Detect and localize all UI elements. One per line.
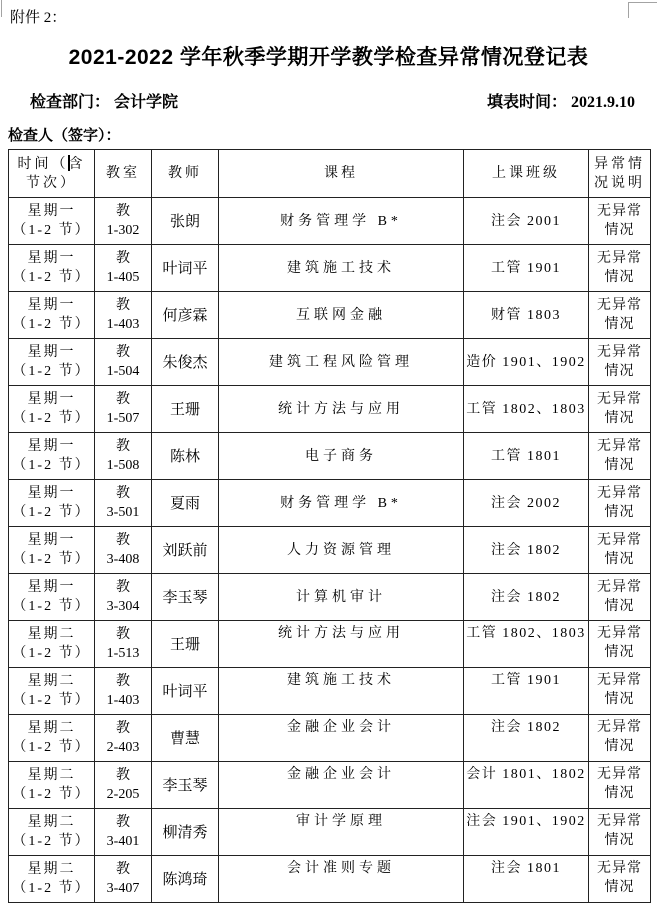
cell-time: 星期一 （1-2 节） [9,386,95,433]
cell-class: 注会 1802 [464,527,589,574]
cell-course: 金融企业会计 [219,715,464,762]
cell-time: 星期一 （1-2 节） [9,574,95,621]
table-row: 星期一 （1-2 节） 教 1-507 王珊 统计方法与应用 工管 1802、1… [9,386,651,433]
cell-status: 无异常 情况 [589,433,651,480]
dept-value: 会计学院 [114,94,178,111]
cell-teacher: 陈鸿琦 [152,856,219,903]
cell-course: 统计方法与应用 [219,621,464,668]
cell-teacher: 曹慧 [152,715,219,762]
crop-mark-top-right-v [628,2,629,18]
header-course: 课程 [219,150,464,198]
cell-room: 教 1-302 [95,198,152,245]
table-row: 星期一 （1-2 节） 教 1-403 何彦霖 互联网金融 财管 1803 无异… [9,292,651,339]
cell-room: 教 1-403 [95,668,152,715]
cell-course: 财务管理学 B* [219,198,464,245]
cell-course: 财务管理学 B* [219,480,464,527]
crop-mark-top-right-h [628,2,657,3]
fill-time-label: 填表时间： [487,94,567,111]
cell-time: 星期二 （1-2 节） [9,856,95,903]
cell-teacher: 夏雨 [152,480,219,527]
cell-course: 互联网金融 [219,292,464,339]
cell-time: 星期一 （1-2 节） [9,198,95,245]
table-row: 星期一 （1-2 节） 教 1-302 张朗 财务管理学 B* 注会 2001 … [9,198,651,245]
cell-course: 人力资源管理 [219,527,464,574]
table-header-row: 时间（含 节次） 教室 教师 课程 上课班级 异常情 况说明 [9,150,651,198]
cell-time: 星期二 （1-2 节） [9,715,95,762]
cell-teacher: 张朗 [152,198,219,245]
fill-time-value: 2021.9.10 [571,94,635,111]
cell-teacher: 叶词平 [152,245,219,292]
cell-room: 教 3-407 [95,856,152,903]
cell-room: 教 2-403 [95,715,152,762]
header-class: 上课班级 [464,150,589,198]
cell-course: 计算机审计 [219,574,464,621]
cell-status: 无异常 情况 [589,621,651,668]
cell-status: 无异常 情况 [589,198,651,245]
cell-time: 星期一 （1-2 节） [9,292,95,339]
cell-time: 星期二 （1-2 节） [9,668,95,715]
cell-class: 工管 1901 [464,245,589,292]
cell-class: 造价 1901、1902 [464,339,589,386]
cell-room: 教 1-507 [95,386,152,433]
cell-time: 星期一 （1-2 节） [9,245,95,292]
cell-teacher: 王珊 [152,621,219,668]
cell-course: 统计方法与应用 [219,386,464,433]
cell-teacher: 刘跃前 [152,527,219,574]
cell-teacher: 柳清秀 [152,809,219,856]
cell-course: 建筑施工技术 [219,668,464,715]
cell-time: 星期一 （1-2 节） [9,339,95,386]
cell-time: 星期二 （1-2 节） [9,762,95,809]
cell-status: 无异常 情况 [589,339,651,386]
dept-time-row: 检查部门： 会计学院 填表时间： 2021.9.10 [0,92,657,114]
cell-teacher: 王珊 [152,386,219,433]
table-row: 星期二 （1-2 节） 教 3-401 柳清秀 审计学原理 注会 1901、19… [9,809,651,856]
table-row: 星期一 （1-2 节） 教 1-504 朱俊杰 建筑工程风险管理 造价 1901… [9,339,651,386]
cell-room: 教 1-513 [95,621,152,668]
cell-status: 无异常 情况 [589,245,651,292]
table-row: 星期一 （1-2 节） 教 3-501 夏雨 财务管理学 B* 注会 2002 … [9,480,651,527]
cell-time: 星期二 （1-2 节） [9,621,95,668]
table-row: 星期二 （1-2 节） 教 3-407 陈鸿琦 会计准则专题 注会 1801 无… [9,856,651,903]
cell-class: 注会 1801 [464,856,589,903]
cell-room: 教 3-408 [95,527,152,574]
table-row: 星期一 （1-2 节） 教 1-405 叶词平 建筑施工技术 工管 1901 无… [9,245,651,292]
cell-class: 工管 1901 [464,668,589,715]
cell-teacher: 朱俊杰 [152,339,219,386]
table-row: 星期二 （1-2 节） 教 2-403 曹慧 金融企业会计 注会 1802 无异… [9,715,651,762]
cell-teacher: 李玉琴 [152,762,219,809]
cell-time: 星期二 （1-2 节） [9,809,95,856]
cell-time: 星期一 （1-2 节） [9,527,95,574]
header-teacher: 教师 [152,150,219,198]
cell-class: 注会 2001 [464,198,589,245]
cell-room: 教 3-304 [95,574,152,621]
cell-room: 教 3-401 [95,809,152,856]
cell-course: 建筑施工技术 [219,245,464,292]
table-row: 星期二 （1-2 节） 教 1-403 叶词平 建筑施工技术 工管 1901 无… [9,668,651,715]
cell-room: 教 3-501 [95,480,152,527]
header-status: 异常情 况说明 [589,150,651,198]
cell-status: 无异常 情况 [589,574,651,621]
cell-class: 工管 1801 [464,433,589,480]
cell-room: 教 2-205 [95,762,152,809]
table-row: 星期一 （1-2 节） 教 1-508 陈林 电子商务 工管 1801 无异常 … [9,433,651,480]
fill-time-field: 填表时间： 2021.9.10 [487,92,635,114]
cell-status: 无异常 情况 [589,480,651,527]
cell-room: 教 1-403 [95,292,152,339]
cell-class: 工管 1802、1803 [464,386,589,433]
cell-class: 注会 1901、1902 [464,809,589,856]
cell-teacher: 叶词平 [152,668,219,715]
table-body: 星期一 （1-2 节） 教 1-302 张朗 财务管理学 B* 注会 2001 … [9,198,651,903]
cell-status: 无异常 情况 [589,762,651,809]
cell-status: 无异常 情况 [589,715,651,762]
cell-teacher: 何彦霖 [152,292,219,339]
cell-course: 电子商务 [219,433,464,480]
cell-status: 无异常 情况 [589,386,651,433]
dept-field: 检查部门： 会计学院 [30,92,178,114]
cell-class: 工管 1802、1803 [464,621,589,668]
cell-time: 星期一 （1-2 节） [9,480,95,527]
cell-time: 星期一 （1-2 节） [9,433,95,480]
schedule-table: 时间（含 节次） 教室 教师 课程 上课班级 异常情 况说明 星期一 （1-2 … [8,149,651,903]
cell-class: 注会 1802 [464,715,589,762]
table-row: 星期二 （1-2 节） 教 1-513 王珊 统计方法与应用 工管 1802、1… [9,621,651,668]
cell-course: 建筑工程风险管理 [219,339,464,386]
cell-class: 会计 1801、1802 [464,762,589,809]
page-title: 2021-2022 学年秋季学期开学教学检查异常情况登记表 [0,44,657,72]
attachment-label: 附件 2： [0,0,657,28]
crop-mark-top-left [1,0,2,17]
header-time: 时间（含 节次） [9,150,95,198]
cell-status: 无异常 情况 [589,809,651,856]
cell-room: 教 1-504 [95,339,152,386]
table-row: 星期一 （1-2 节） 教 3-408 刘跃前 人力资源管理 注会 1802 无… [9,527,651,574]
cell-teacher: 李玉琴 [152,574,219,621]
cell-status: 无异常 情况 [589,527,651,574]
inspector-label: 检查人（签字）： [8,126,657,146]
header-time-line2: 节次） [9,174,94,193]
header-time-line1: 时间（含 [9,155,94,174]
cell-status: 无异常 情况 [589,856,651,903]
cell-room: 教 1-405 [95,245,152,292]
document-page: 附件 2： 2021-2022 学年秋季学期开学教学检查异常情况登记表 检查部门… [0,0,657,912]
cell-teacher: 陈林 [152,433,219,480]
cell-class: 注会 1802 [464,574,589,621]
cell-course: 会计准则专题 [219,856,464,903]
header-room: 教室 [95,150,152,198]
cell-class: 注会 2002 [464,480,589,527]
table-row: 星期一 （1-2 节） 教 3-304 李玉琴 计算机审计 注会 1802 无异… [9,574,651,621]
cell-course: 审计学原理 [219,809,464,856]
cell-status: 无异常 情况 [589,292,651,339]
table-row: 星期二 （1-2 节） 教 2-205 李玉琴 金融企业会计 会计 1801、1… [9,762,651,809]
dept-label: 检查部门： [30,94,110,111]
cell-class: 财管 1803 [464,292,589,339]
cell-status: 无异常 情况 [589,668,651,715]
cell-room: 教 1-508 [95,433,152,480]
cell-course: 金融企业会计 [219,762,464,809]
